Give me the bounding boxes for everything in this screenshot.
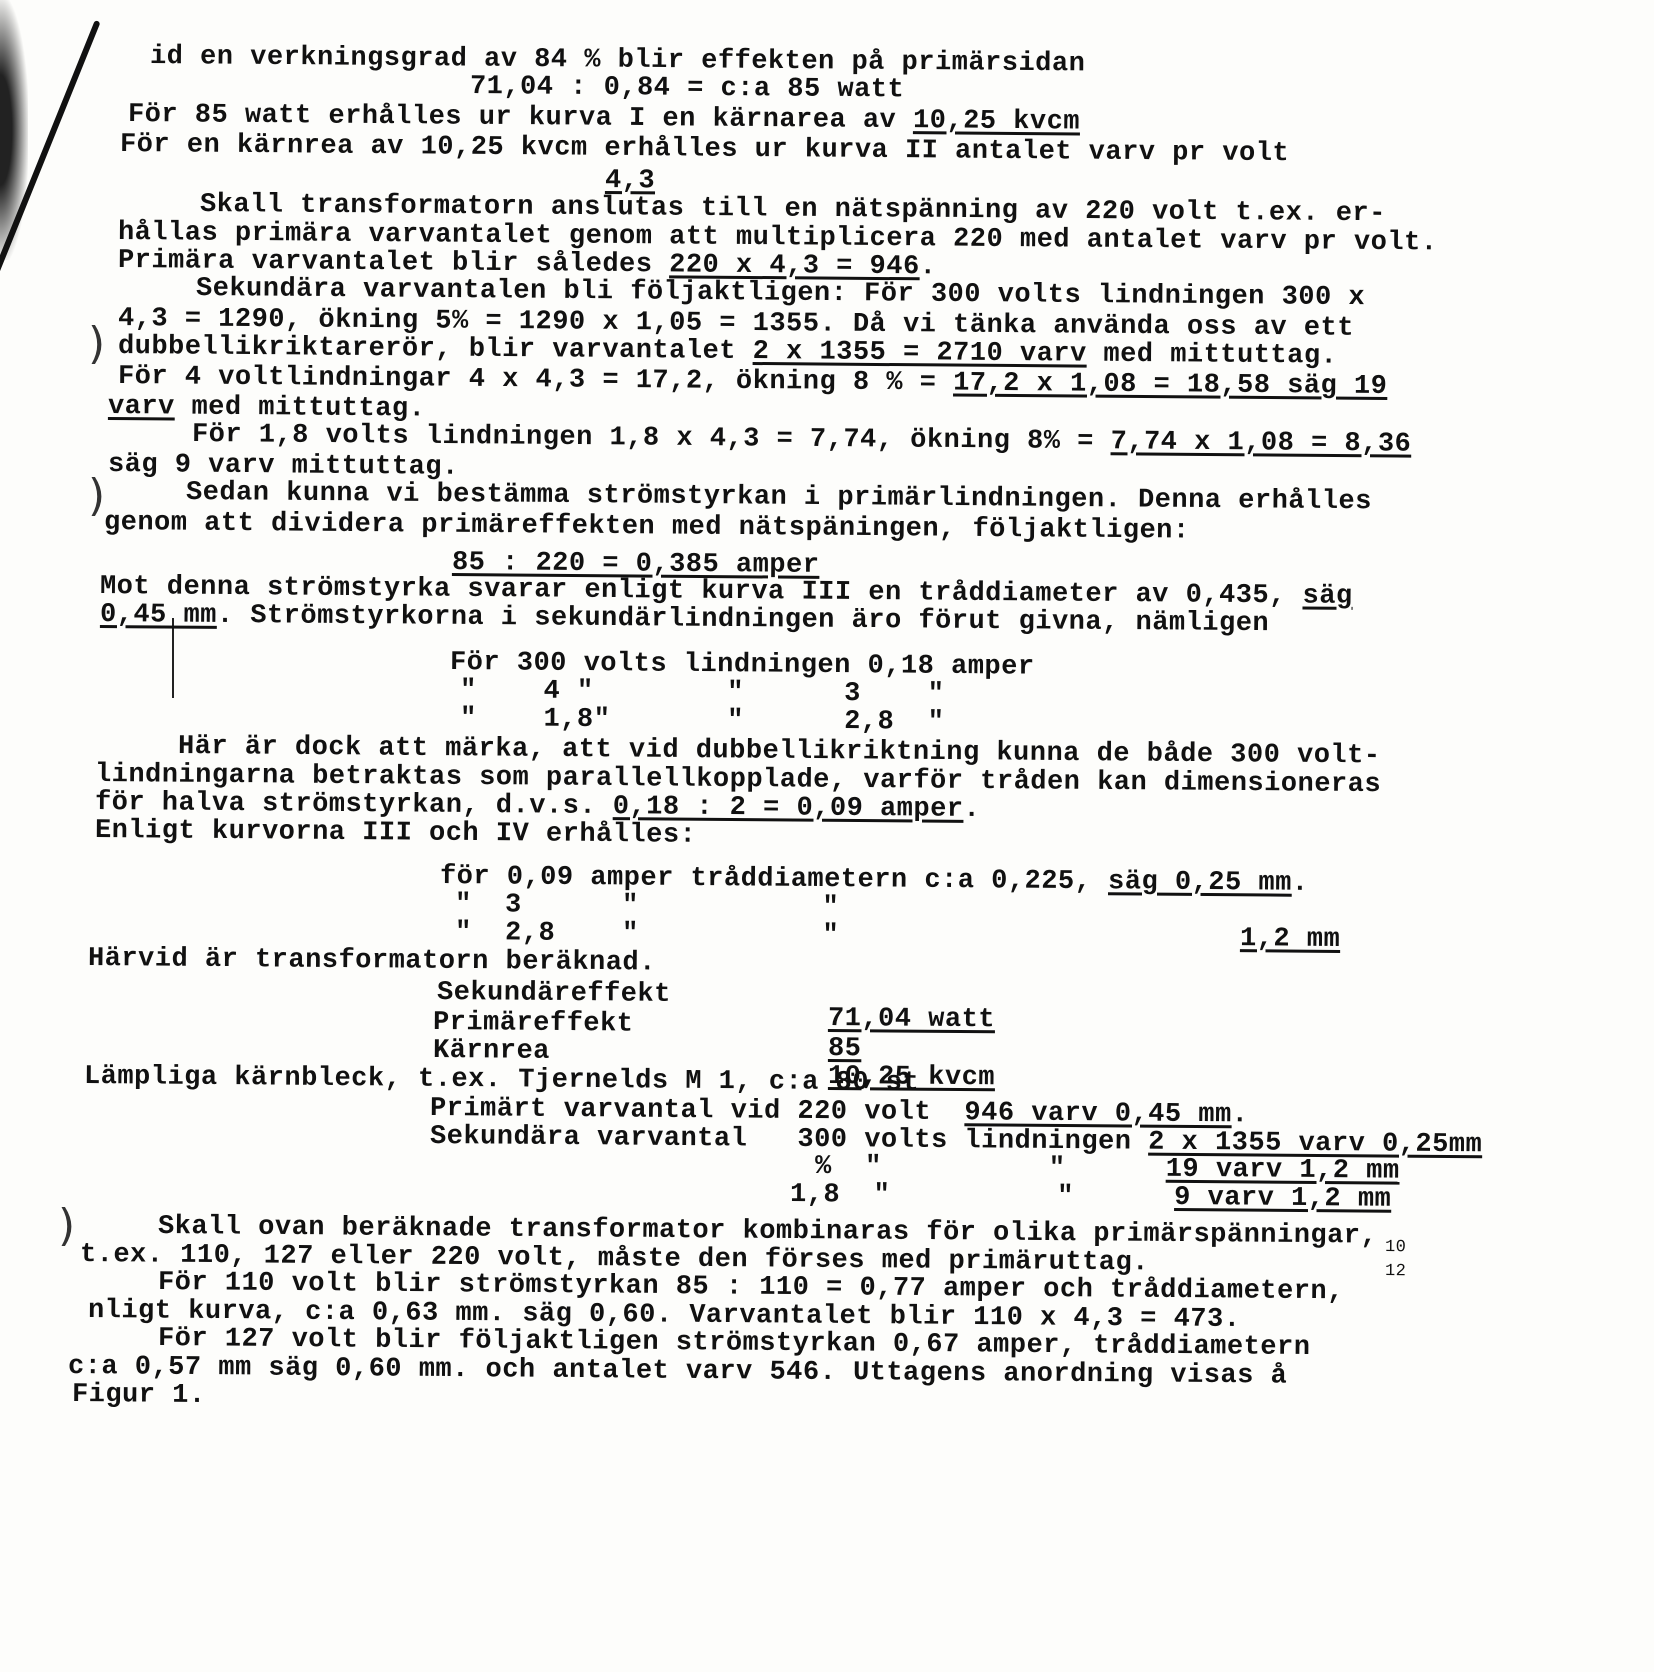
underlined-value: 2 x 1355 = 2710 varv xyxy=(753,337,1087,370)
underlined-value: 1,2 mm xyxy=(1240,924,1340,955)
text-segment: . xyxy=(1292,869,1309,899)
text-segment: 71,04 : 0,84 = c:a 85 watt xyxy=(470,72,905,105)
text-segment: Kärnrea xyxy=(433,1036,550,1067)
text-line: Enligt kurvorna III och IV erhålles: xyxy=(95,816,697,851)
text-segment: Primäreffekt xyxy=(433,1008,634,1040)
text-line: Sekundäreffekt xyxy=(437,978,671,1010)
margin-bracket: ) xyxy=(88,470,105,521)
underlined-value: 9 varv 1,2 mm xyxy=(1174,1183,1391,1215)
text-line: 71,04 : 0,84 = c:a 85 watt xyxy=(470,72,905,105)
margin-bracket: ) xyxy=(88,318,105,369)
text-segment: För en kärnrea av 10,25 kvcm erhålles ur… xyxy=(120,130,1289,169)
text-line: Härvid är transformatorn beräknad. xyxy=(88,944,656,978)
text-segment: . xyxy=(920,252,937,282)
text-segment: Sekundäreffekt xyxy=(437,978,671,1010)
text-line: Figur 1. xyxy=(72,1380,206,1411)
text-segment: dubbellikriktarerör, blir varvantalet xyxy=(118,332,753,367)
summary-value: 10,25 kvcm xyxy=(828,1062,995,1093)
text-line: Lämpliga kärnbleck, t.ex. Tjernelds M 1,… xyxy=(84,1062,919,1099)
text-line: " 1,8" " 2,8 " xyxy=(460,704,945,738)
text-segment: Härvid är transformatorn beräknad. xyxy=(88,944,656,978)
margin-note: 10 xyxy=(1385,1238,1407,1257)
underlined-value: 19 varv 1,2 mm xyxy=(1166,1155,1400,1187)
text-line: 1,8 " " 9 varv 1,2 mm xyxy=(790,1180,1392,1215)
summary-value: 85 xyxy=(828,1034,862,1064)
underlined-value: 10,25 kvcm xyxy=(913,106,1080,137)
underlined-value: varv xyxy=(108,392,175,423)
text-segment: med mittuttag. xyxy=(1087,340,1338,372)
margin-note: 12 xyxy=(1385,1262,1407,1281)
text-segment: Lämpliga kärnbleck, t.ex. Tjernelds M 1,… xyxy=(84,1062,919,1099)
underlined-value: 17,2 x 1,08 = 18,58 säg 19 xyxy=(953,369,1388,402)
text-segment: . xyxy=(963,795,980,825)
text-line: För en kärnrea av 10,25 kvcm erhålles ur… xyxy=(120,130,1289,169)
underlined-value: 0,45 mm xyxy=(100,600,217,631)
text-segment: Sekundära varvantal 300 volts lindningen xyxy=(430,1122,1148,1158)
text-segment: 1,8 " " xyxy=(790,1180,1174,1213)
underlined-value: säg 0,25 mm xyxy=(1108,867,1292,898)
summary-value: 71,04 watt xyxy=(828,1004,995,1035)
text-segment: Figur 1. xyxy=(72,1380,206,1411)
text-line: 4,3 xyxy=(605,166,655,196)
underlined-value: 946 varv 0,45 mm xyxy=(964,1098,1231,1130)
document-page: ) ) ) id en verkningsgrad av 84 % blir e… xyxy=(0,0,1654,1672)
text-line: Primäreffekt xyxy=(433,1008,634,1040)
margin-bracket: ) xyxy=(58,1200,75,1251)
text-segment: " 1,8" " 2,8 " xyxy=(460,704,945,738)
underlined-value: 4,3 xyxy=(605,166,655,196)
underlined-value: 7,74 x 1,08 = 8,36 xyxy=(1111,427,1412,459)
text-segment: Enligt kurvorna III och IV erhålles: xyxy=(95,816,697,851)
text-line: Kärnrea xyxy=(433,1036,550,1067)
text-segment: . xyxy=(1232,1100,1249,1130)
underlined-value: säg xyxy=(1302,581,1352,611)
